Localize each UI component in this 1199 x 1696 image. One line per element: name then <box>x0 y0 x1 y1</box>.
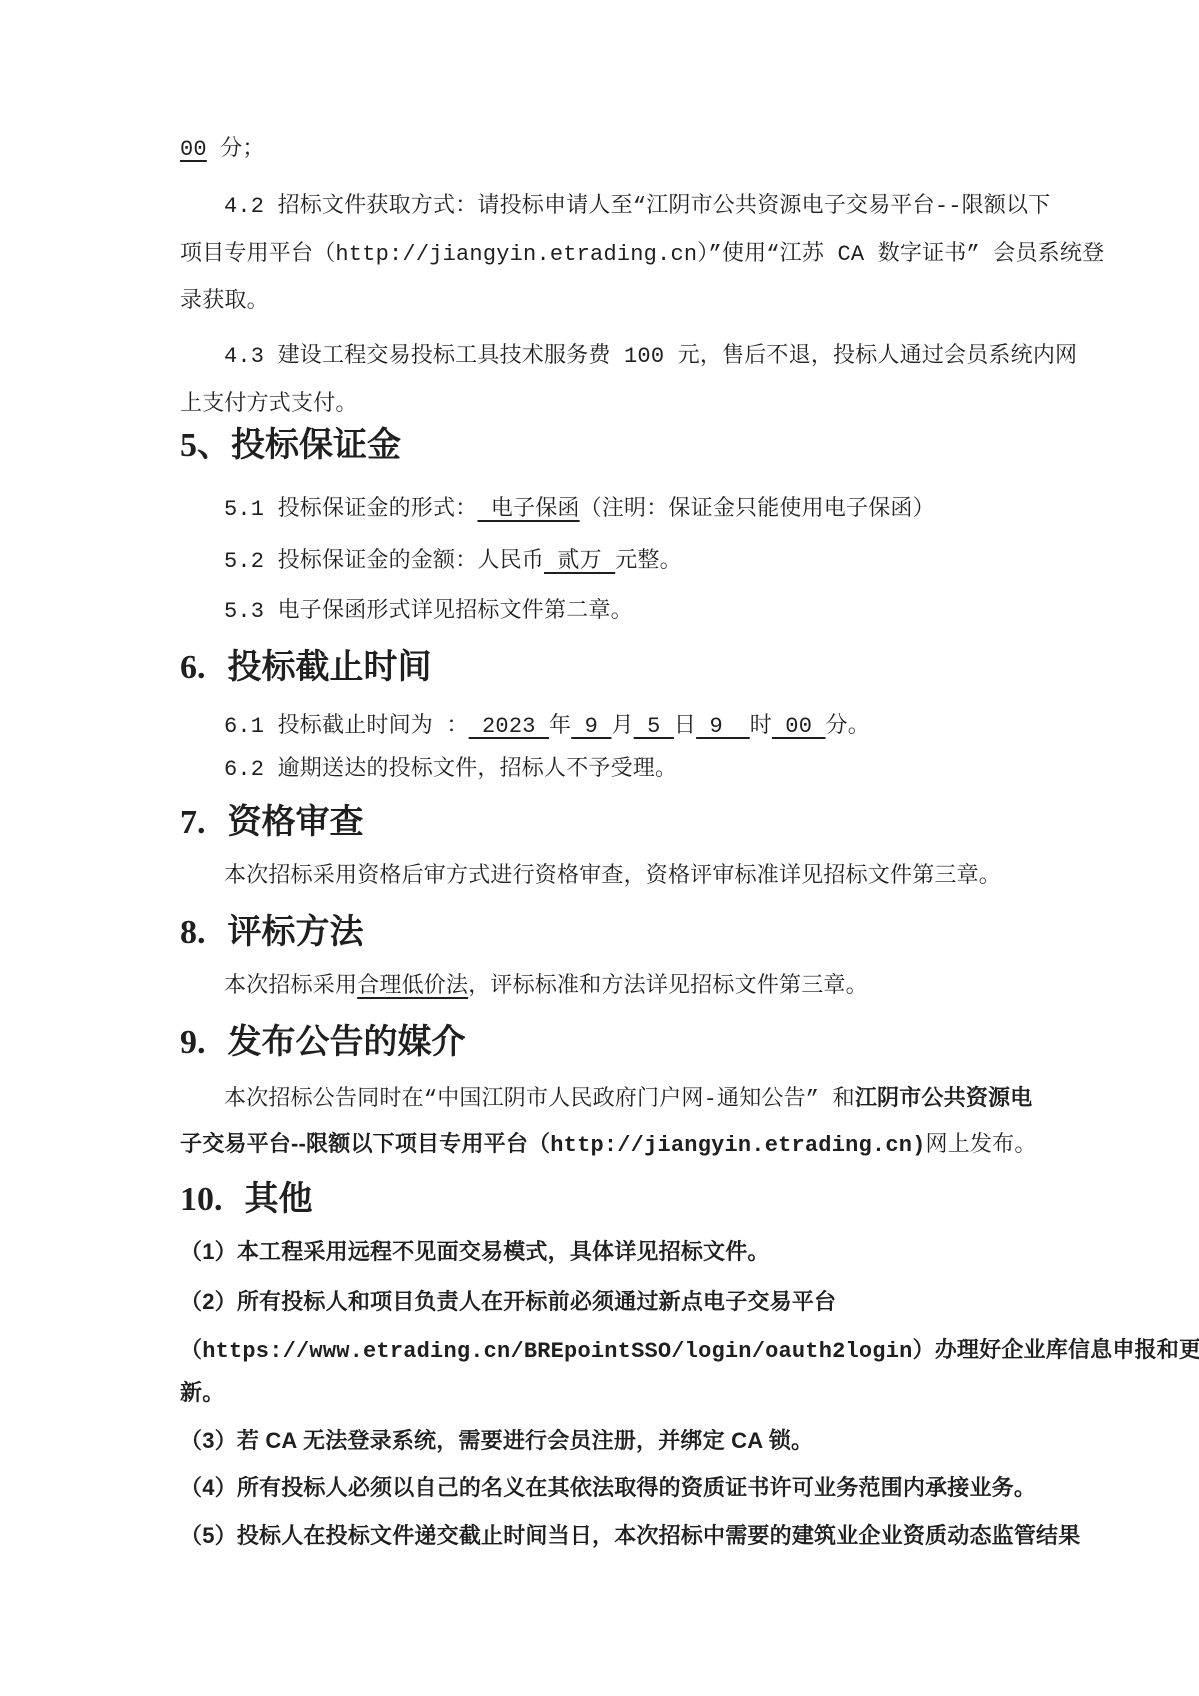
section-8-heading: 8.评标方法 <box>180 900 364 965</box>
clause-5-2: 5.2 投标保证金的金额：人民币 贰万 元整。 <box>180 537 1055 587</box>
clause-4-2-line-2: 项目专用平台（http://jiangyin.etrading.cn）”使用“江… <box>180 230 1055 280</box>
guarantee-amount-underlined: 贰万 <box>544 549 615 574</box>
clause-4-2-line-3: 录获取。 <box>180 277 1055 327</box>
platform-url: http://jiangyin.etrading.cn <box>335 242 697 267</box>
section-7-paragraph: 本次招标采用资格后审方式进行资格审查，资格评审标准详见招标文件第三章。 <box>180 852 1055 902</box>
deadline-month-underlined: 9 <box>571 714 611 739</box>
section-8-number: 8. <box>180 914 206 951</box>
deadline-day-underlined: 5 <box>634 714 674 739</box>
section-5-heading: 5、投标保证金 <box>180 413 401 478</box>
month-unit: 月 <box>611 714 633 739</box>
clause-6-2: 6.2 逾期送达的投标文件，招标人不予受理。 <box>180 745 1055 795</box>
clause-5-2-pre: 5.2 投标保证金的金额：人民币 <box>224 549 544 574</box>
section-8-title: 评标方法 <box>228 913 364 951</box>
item-2-url-open-paren: （ <box>180 1337 202 1362</box>
minute-unit: 分； <box>207 137 265 162</box>
section-5-title: 投标保证金 <box>231 426 401 464</box>
section-10-item-2: （2）所有投标人和项目负责人在开标前必须通过新点电子交易平台 <box>180 1277 1055 1327</box>
section-10-item-3: （3）若 CA 无法登录系统，需要进行会员注册，并绑定 CA 锁。 <box>180 1416 1055 1466</box>
section-9-line-2-tail: 网上发布。 <box>926 1133 1037 1158</box>
minute-unit-suffix: 分。 <box>826 714 870 739</box>
minute-value-underlined: 00 <box>180 137 207 162</box>
clause-4-2-line-2-pre: 项目专用平台（ <box>180 242 335 267</box>
section-9-line-1-bold: 江阴市公共资源电 <box>855 1085 1033 1110</box>
section-7-heading: 7.资格审查 <box>180 790 364 855</box>
section-6-number: 6. <box>180 649 206 686</box>
section-8-paragraph-post: ，评标标准和方法详见招标文件第三章。 <box>468 974 868 999</box>
clause-6-1-pre: 6.1 投标截止时间为 ： <box>224 714 469 739</box>
section-8-paragraph-pre: 本次招标采用 <box>224 974 357 999</box>
clause-5-1: 5.1 投标保证金的形式： 电子保函（注明：保证金只能使用电子保函） <box>180 485 1055 535</box>
section-10-item-1: （1）本工程采用远程不见面交易模式，具体详见招标文件。 <box>180 1227 1055 1277</box>
section-9-title: 发布公告的媒介 <box>228 1023 466 1061</box>
clause-4-2-line-1: 4.2 招标文件获取方式：请投标申请人至“江阴市公共资源电子交易平台--限额以下 <box>180 182 1055 232</box>
section-6-heading: 6.投标截止时间 <box>180 635 432 700</box>
section-6-title: 投标截止时间 <box>228 648 432 686</box>
section-9-paragraph-line-1: 本次招标公告同时在“中国江阴市人民政府门户网-通知公告” 和江阴市公共资源电 <box>180 1073 1055 1125</box>
sso-login-url: https://www.etrading.cn/BREpointSSO/logi… <box>202 1339 912 1364</box>
section-10-item-2-last-line: 新。 <box>180 1368 1055 1418</box>
guarantee-form-underlined: 电子保函 <box>477 497 579 522</box>
clause-5-1-pre: 5.1 投标保证金的形式： <box>224 497 477 522</box>
clause-4-2-line-2-post: ）”使用“江苏 CA 数字证书” 会员系统登 <box>697 242 1104 267</box>
section-9-line-2-bold: 子交易平台--限额以下项目专用平台（ <box>180 1131 550 1156</box>
deadline-minute-underlined: 00 <box>772 714 826 739</box>
section-10-title: 其他 <box>245 1180 313 1218</box>
section-9-number: 9. <box>180 1024 206 1061</box>
year-unit: 年 <box>549 714 571 739</box>
deadline-hour-underlined: 9 <box>696 714 750 739</box>
hour-unit: 时 <box>750 714 772 739</box>
item-2-url-tail: ）办理好企业库信息申报和更 <box>913 1337 1199 1362</box>
section-9-heading: 9.发布公告的媒介 <box>180 1010 466 1075</box>
clause-5-3: 5.3 电子保函形式详见招标文件第二章。 <box>180 587 1055 637</box>
publish-platform-url: http://jiangyin.etrading.cn) <box>550 1133 925 1158</box>
document-page: 00 分； 4.2 招标文件获取方式：请投标申请人至“江阴市公共资源电子交易平台… <box>0 0 1199 1696</box>
section-10-number: 10. <box>180 1181 223 1218</box>
section-9-line-1-pre: 本次招标公告同时在“中国江阴市人民政府门户网-通知公告” 和 <box>224 1087 855 1112</box>
evaluation-method-underlined: 合理低价法 <box>357 974 468 999</box>
day-unit: 日 <box>674 714 696 739</box>
section-8-paragraph: 本次招标采用合理低价法，评标标准和方法详见招标文件第三章。 <box>180 962 1055 1012</box>
section-9-paragraph-line-2: 子交易平台--限额以下项目专用平台（http://jiangyin.etradi… <box>180 1119 1055 1171</box>
section-10-item-5: （5）投标人在投标文件递交截止时间当日，本次招标中需要的建筑业企业资质动态监管结… <box>180 1511 1055 1561</box>
clause-4-3-line-1: 4.3 建设工程交易投标工具技术服务费 100 元，售后不退，投标人通过会员系统… <box>180 332 1055 382</box>
clause-5-1-post: （注明：保证金只能使用电子保函） <box>580 497 935 522</box>
section-7-number: 7. <box>180 804 206 841</box>
section-10-heading: 10.其他 <box>180 1167 313 1232</box>
section-7-title: 资格审查 <box>228 803 364 841</box>
section-5-number: 5、 <box>180 427 231 464</box>
deadline-year-underlined: 2023 <box>469 714 549 739</box>
clause-5-2-post: 元整。 <box>615 549 682 574</box>
clause-4-1-continuation: 00 分； <box>180 125 1055 175</box>
section-10-item-4: （4）所有投标人必须以自己的名义在其依法取得的资质证书许可业务范围内承接业务。 <box>180 1463 1055 1513</box>
